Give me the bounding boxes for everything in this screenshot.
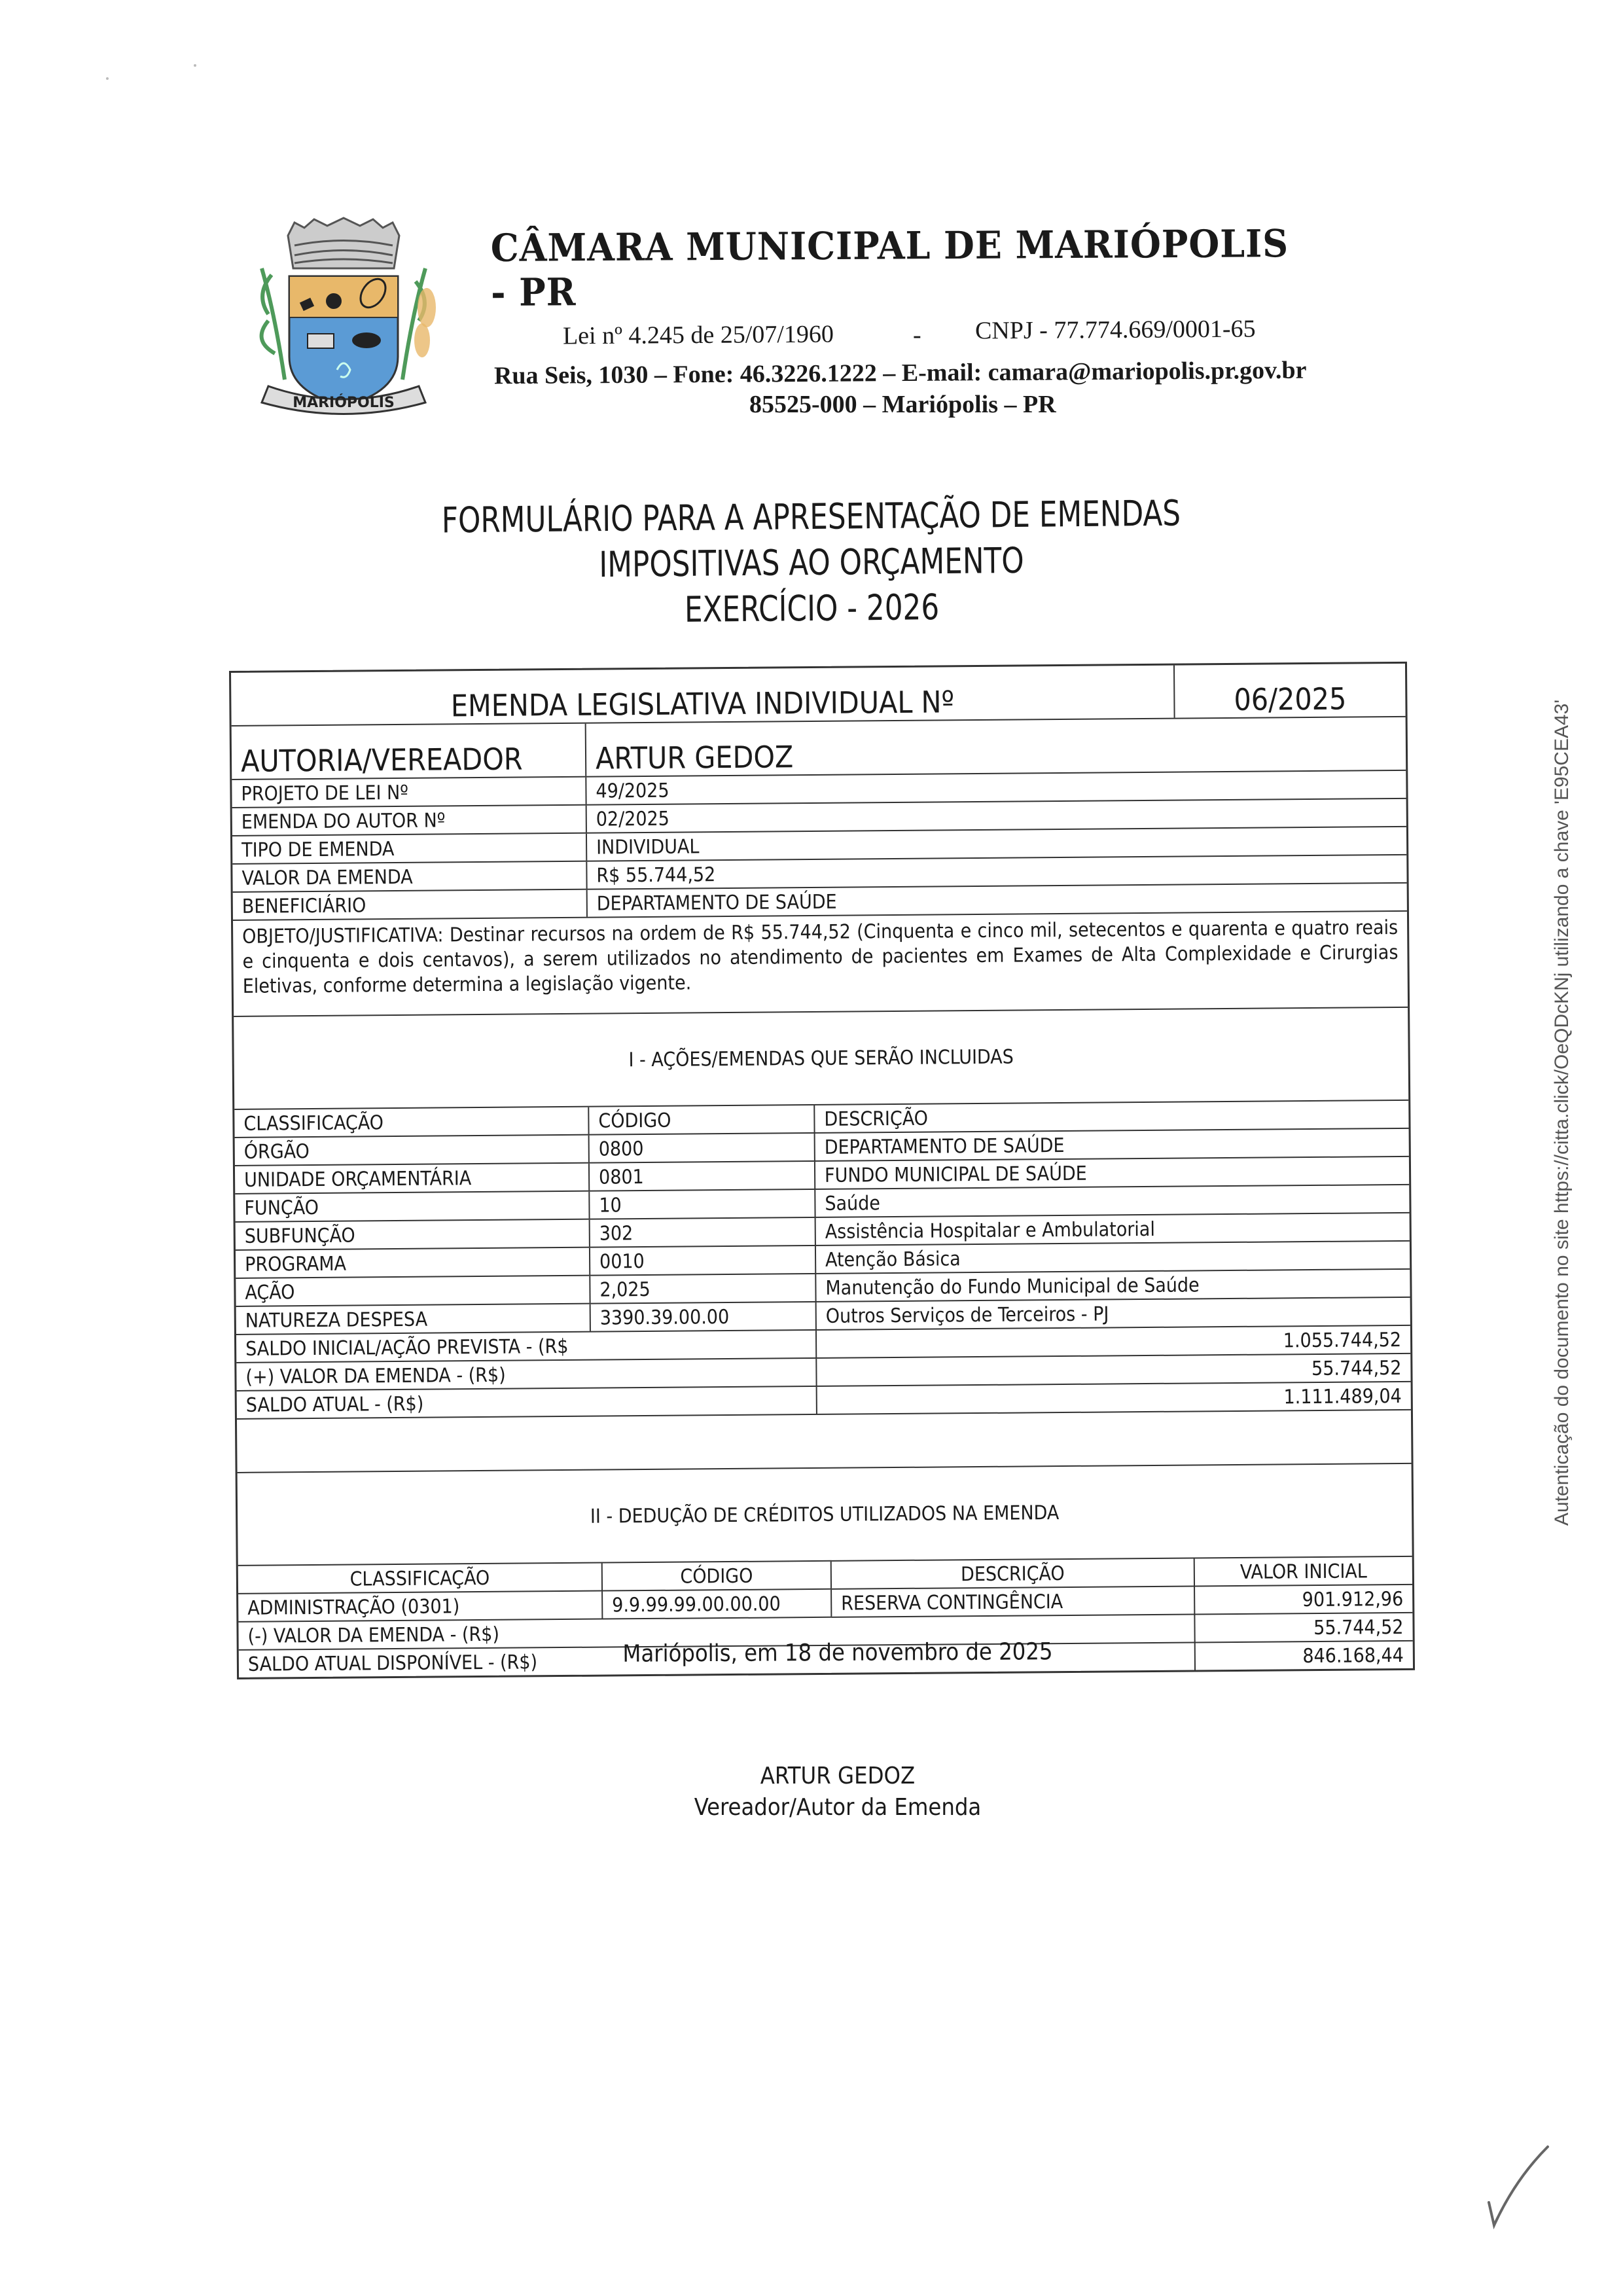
total-value: 1.055.744,52	[815, 1326, 1410, 1357]
place-and-date: Mariópolis, em 18 de novembro de 2025	[589, 1638, 1086, 1668]
field-value: 02/2025	[586, 799, 1406, 833]
section-2-header-row: II - DEDUÇÃO DE CRÉDITOS UTILIZADOS NA E…	[238, 1464, 1412, 1566]
amendment-number-row: EMENDA LEGISLATIVA INDIVIDUAL Nº 06/2025	[231, 664, 1406, 726]
field-label: PROJETO DE LEI Nº	[232, 778, 585, 807]
authentication-notice: Autenticação do documento no site https:…	[1551, 655, 1577, 1571]
institution-name: CÂMARA MUNICIPAL DE MARIÓPOLIS - PR	[491, 221, 1313, 315]
cep-city: 85525-000 – Mariópolis – PR	[749, 390, 1056, 419]
section-1-header-row: I - AÇÕES/EMENDAS QUE SERÃO INCLUIDAS	[234, 1008, 1408, 1110]
field-value: INDIVIDUAL	[586, 827, 1406, 861]
justification-row: OBJETO/JUSTIFICATIVA: Destinar recursos …	[233, 912, 1408, 1017]
code-cell: 302	[589, 1218, 815, 1247]
signature-block: ARTUR GEDOZ Vereador/Autor da Emenda	[589, 1761, 1086, 1823]
municipal-coat-of-arms-icon: MARIÓPOLIS	[249, 216, 438, 419]
form-title-line-3: EXERCÍCIO - 2026	[376, 582, 1247, 636]
total-value: 846.168,44	[1194, 1641, 1413, 1670]
section-2-title: II - DEDUÇÃO DE CRÉDITOS UTILIZADOS NA E…	[238, 1464, 1412, 1565]
blank-row	[237, 1410, 1412, 1473]
total-value: 55.744,52	[815, 1354, 1410, 1386]
classification-cell: ADMINISTRAÇÃO (0301)	[238, 1592, 601, 1621]
classification-cell: AÇÃO	[236, 1276, 589, 1306]
classification-cell: FUNÇÃO	[235, 1192, 588, 1221]
field-label: EMENDA DO AUTOR Nº	[232, 806, 586, 835]
description-cell: DEPARTAMENTO DE SAÚDE	[814, 1129, 1409, 1160]
cnpj: CNPJ - 77.774.669/0001-65	[975, 315, 1256, 346]
author-row: AUTORIA/VEREADOR ARTUR GEDOZ	[232, 717, 1406, 780]
description-cell: RESERVA CONTINGÊNCIA	[830, 1587, 1194, 1616]
founding-law: Lei nº 4.245 de 25/07/1960	[563, 320, 834, 351]
column-header: CLASSIFICAÇÃO	[234, 1107, 588, 1137]
address-contact: Rua Seis, 1030 – Fone: 46.3226.1222 – E-…	[494, 356, 1307, 391]
scan-speck	[106, 77, 109, 80]
code-cell: 0010	[589, 1246, 815, 1275]
classification-cell: SUBFUNÇÃO	[236, 1220, 589, 1249]
field-value: R$ 55.744,52	[586, 855, 1406, 889]
signer-role: Vereador/Autor da Emenda	[589, 1792, 1086, 1823]
amendment-number: 06/2025	[1173, 664, 1406, 718]
description-cell: Atenção Básica	[815, 1242, 1410, 1273]
classification-cell: UNIDADE ORÇAMENTÁRIA	[235, 1164, 588, 1193]
description-cell: Outros Serviços de Terceiros - PJ	[815, 1298, 1410, 1329]
field-value: DEPARTAMENTO DE SAÚDE	[586, 884, 1407, 917]
classification-cell: NATUREZA DESPESA	[236, 1304, 590, 1334]
description-cell: FUNDO MUNICIPAL DE SAÚDE	[814, 1157, 1409, 1189]
description-cell: Saúde	[814, 1185, 1409, 1217]
description-cell: Assistência Hospitalar e Ambulatorial	[815, 1213, 1410, 1245]
code-cell: 9.9.99.99.00.00.00	[601, 1590, 830, 1619]
signer-name: ARTUR GEDOZ	[589, 1761, 1086, 1792]
header-separator: -	[913, 321, 921, 350]
code-cell: 3390.39.00.00	[590, 1302, 815, 1331]
total-value: 1.111.489,04	[816, 1382, 1411, 1414]
total-label: SALDO INICIAL/AÇÃO PREVISTA - (R$	[236, 1331, 815, 1362]
amendment-number-label: EMENDA LEGISLATIVA INDIVIDUAL Nº	[231, 666, 1174, 725]
column-header: DESCRIÇÃO	[813, 1101, 1408, 1132]
column-header: CÓDIGO	[588, 1105, 813, 1134]
code-cell: 0801	[588, 1162, 814, 1191]
column-header: VALOR INICIAL	[1194, 1557, 1412, 1586]
field-value: 49/2025	[585, 771, 1406, 804]
field-label: VALOR DA EMENDA	[232, 862, 586, 891]
total-value: 55.744,52	[1194, 1613, 1412, 1642]
code-cell: 10	[588, 1190, 814, 1219]
form-title: FORMULÁRIO PARA A APRESENTAÇÃO DE EMENDA…	[375, 490, 1248, 636]
svg-text:MARIÓPOLIS: MARIÓPOLIS	[293, 394, 395, 411]
field-label: TIPO DE EMENDA	[232, 834, 586, 863]
code-cell: 2,025	[589, 1274, 815, 1303]
code-cell: 0800	[588, 1134, 814, 1162]
column-header: CÓDIGO	[601, 1562, 830, 1590]
form-title-line-2: IMPOSITIVAS AO ORÇAMENTO	[376, 536, 1247, 590]
section-1-title: I - AÇÕES/EMENDAS QUE SERÃO INCLUIDAS	[234, 1008, 1408, 1109]
classification-cell: ÓRGÃO	[235, 1136, 588, 1165]
column-header: CLASSIFICAÇÃO	[238, 1564, 601, 1593]
initial-value-cell: 901.912,96	[1194, 1585, 1412, 1614]
total-label: SALDO ATUAL - (R$)	[237, 1387, 816, 1418]
blank-cell	[237, 1410, 1412, 1472]
amendment-form-table: EMENDA LEGISLATIVA INDIVIDUAL Nº 06/2025…	[229, 662, 1415, 1679]
form-title-line-1: FORMULÁRIO PARA A APRESENTAÇÃO DE EMENDA…	[375, 490, 1247, 545]
description-cell: Manutenção do Fundo Municipal de Saúde	[815, 1270, 1410, 1301]
scan-speck	[194, 64, 196, 67]
author-label: AUTORIA/VEREADOR	[232, 724, 586, 779]
column-header: DESCRIÇÃO	[830, 1558, 1194, 1588]
total-label: (+) VALOR DA EMENDA - (R$)	[236, 1359, 815, 1390]
author-value: ARTUR GEDOZ	[585, 717, 1406, 776]
document-page: MARIÓPOLIS CÂMARA MUNICIPAL DE MARIÓPOLI…	[0, 0, 1623, 2296]
handwritten-checkmark-icon	[1476, 2140, 1561, 2245]
justification-text: OBJETO/JUSTIFICATIVA: Destinar recursos …	[233, 912, 1408, 1016]
classification-cell: PROGRAMA	[236, 1248, 589, 1278]
field-label: BENEFICIÁRIO	[233, 890, 586, 920]
